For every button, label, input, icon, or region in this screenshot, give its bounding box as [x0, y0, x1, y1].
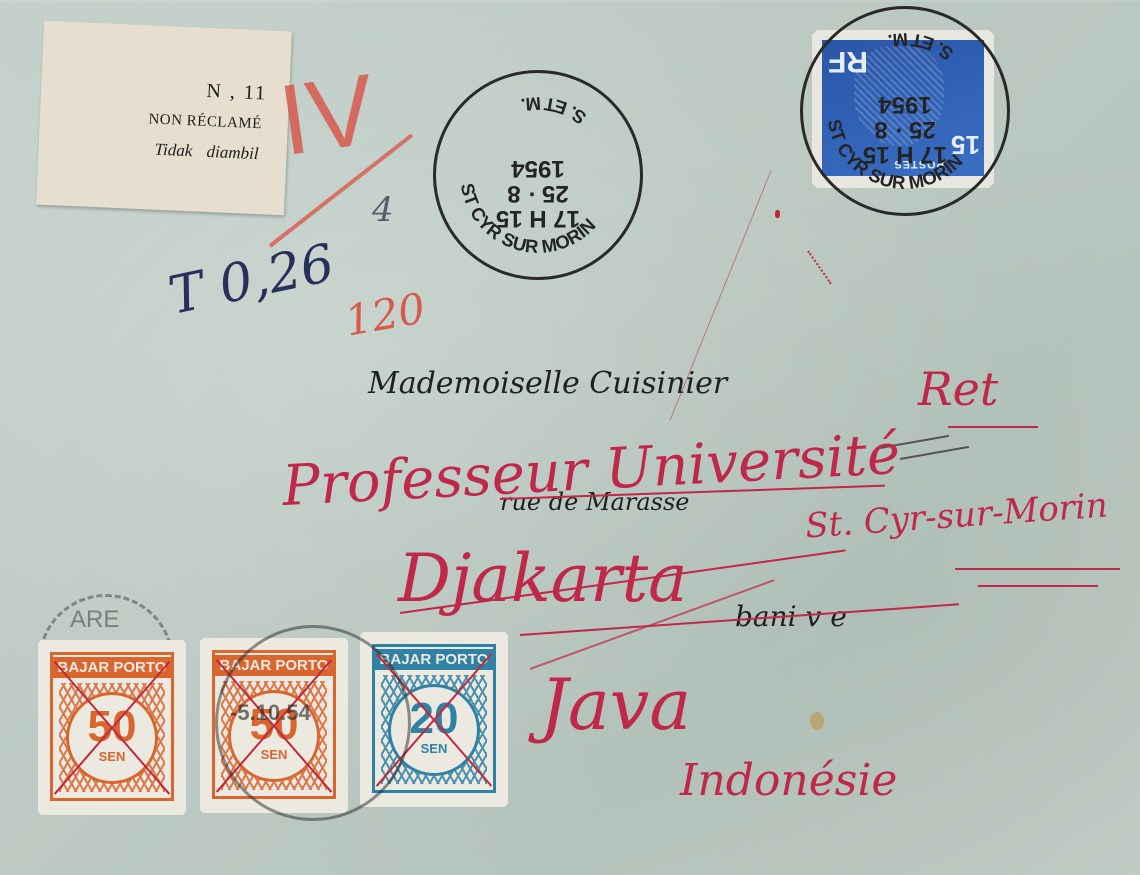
- pencil-number: 4: [372, 190, 394, 230]
- underline: [978, 585, 1098, 587]
- arrival-postmark-text: ARE: [70, 606, 119, 634]
- address-name: Mademoiselle Cuisinier: [368, 366, 727, 401]
- red-number: 120: [341, 283, 428, 345]
- pencil-dash: [900, 446, 969, 460]
- label-line-french: NON RÉCLAMÉ: [148, 111, 262, 133]
- forwarding-address: St. Cyr-sur-Morin: [804, 485, 1109, 546]
- postmark-day: 25 · 8: [803, 117, 1007, 142]
- postmark-st-cyr: ST CYR SUR MORIN S. ET M. 17 H 15 25 · 8…: [433, 70, 643, 280]
- tax-mark: T 0,26: [164, 233, 340, 326]
- postmark-year: 1954: [436, 155, 640, 180]
- label-number: N , 11: [206, 80, 268, 106]
- non-reclame-label: N , 11 NON RÉCLAMÉ Tidak diambil: [36, 21, 292, 216]
- postmark-date: 17 H 15 25 · 8 1954: [436, 155, 640, 231]
- ink-spot: [775, 210, 780, 218]
- roman-numeral-mark: IV: [272, 52, 382, 179]
- envelope: N , 11 NON RÉCLAMÉ Tidak diambil IV 4 T …: [0, 0, 1140, 875]
- address-country: Indonésie: [680, 755, 897, 806]
- label-line-indonesian: Tidak diambil: [154, 140, 259, 165]
- stain: [810, 712, 824, 730]
- postmark-on-stamp: ST CYR SUR MORIN S. ET M. 17 H 15 25 · 8…: [800, 6, 1010, 216]
- address-island: Java: [540, 664, 691, 746]
- postmark-time: 17 H 15: [436, 206, 640, 231]
- svg-text:S. ET M.: S. ET M.: [886, 29, 957, 65]
- underline: [955, 568, 1120, 570]
- envelope-edge: [0, 0, 1140, 2]
- cancel-cross: [48, 650, 176, 805]
- postmark-time: 17 H 15: [803, 142, 1007, 167]
- return-mark: Ret: [918, 362, 998, 416]
- ret-underline: [948, 426, 1038, 428]
- postmark-year: 1954: [803, 91, 1007, 116]
- postage-due-stamp: BAJAR PORTO 50 SEN: [38, 640, 186, 815]
- ink-dots: [807, 250, 832, 284]
- postmark-date: 17 H 15 25 · 8 1954: [803, 91, 1007, 167]
- arrival-cancel-date: -5.10.54: [230, 700, 311, 726]
- svg-text:S. ET M.: S. ET M.: [519, 93, 590, 129]
- postmark-day: 25 · 8: [436, 181, 640, 206]
